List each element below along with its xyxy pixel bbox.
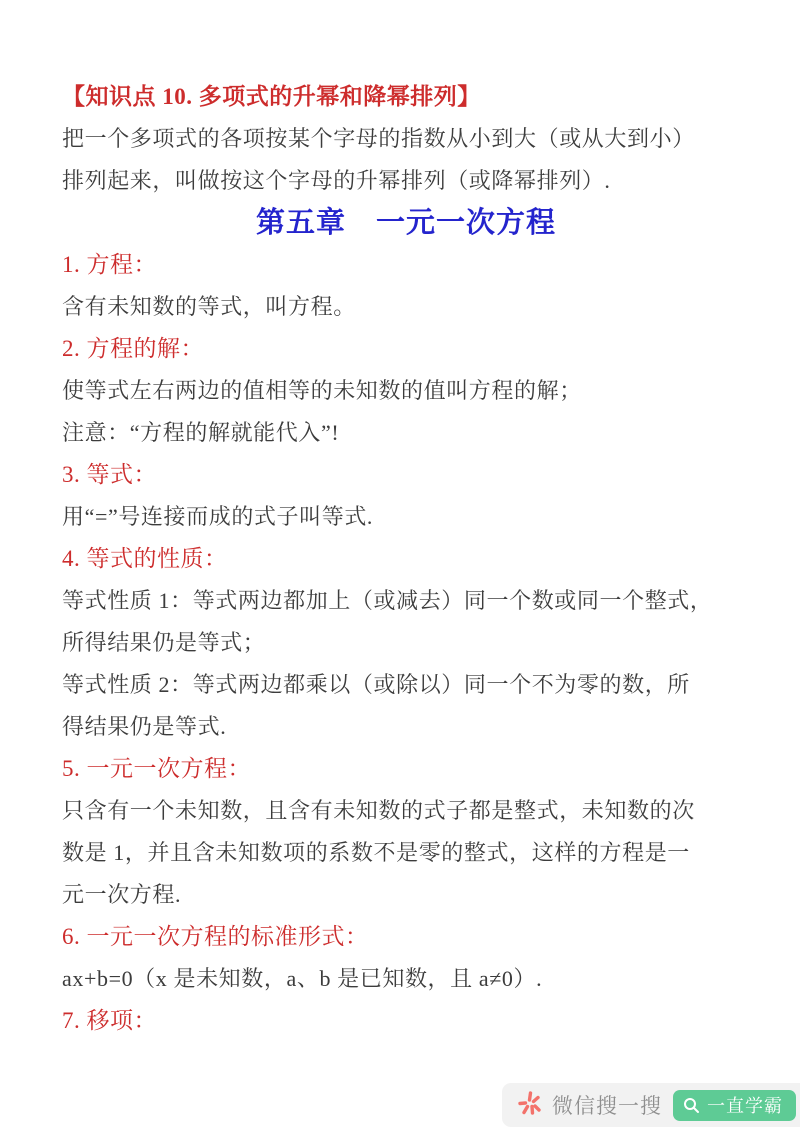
document-page: 【知识点 10. 多项式的升幂和降幂排列】把一个多项式的各项按某个字母的指数从小… xyxy=(0,0,800,1132)
section-4-body-line: 所得结果仍是等式； xyxy=(62,622,750,664)
section-4-body-line: 得结果仍是等式. xyxy=(62,706,750,748)
wechat-search-sparkle-icon xyxy=(517,1090,543,1121)
section-4-heading: 4. 等式的性质： xyxy=(62,538,750,580)
knowledge-point-body-line: 排列起来，叫做按这个字母的升幂排列（或降幂排列）. xyxy=(62,160,750,202)
knowledge-point-heading: 【知识点 10. 多项式的升幂和降幂排列】 xyxy=(62,76,750,118)
section-6-heading: 6. 一元一次方程的标准形式： xyxy=(62,916,750,958)
document-content: 【知识点 10. 多项式的升幂和降幂排列】把一个多项式的各项按某个字母的指数从小… xyxy=(62,76,750,1042)
section-7-heading: 7. 移项： xyxy=(62,1000,750,1042)
search-magnifier-icon xyxy=(683,1097,700,1114)
section-4-body-line: 等式性质 2：等式两边都乘以（或除以）同一个不为零的数，所 xyxy=(62,664,750,706)
section-5-body-line: 元一次方程. xyxy=(62,874,750,916)
wechat-search-watermark: 微信搜一搜 一直学霸 xyxy=(502,1083,800,1127)
section-1-heading: 1. 方程： xyxy=(62,244,750,286)
knowledge-point-body-line: 把一个多项式的各项按某个字母的指数从小到大（或从大到小） xyxy=(62,118,750,160)
section-4-body-line: 等式性质 1：等式两边都加上（或减去）同一个数或同一个整式， xyxy=(62,580,750,622)
watermark-brand-text: 微信搜一搜 xyxy=(552,1090,662,1120)
section-3-heading: 3. 等式： xyxy=(62,454,750,496)
section-2-heading: 2. 方程的解： xyxy=(62,328,750,370)
section-5-body-line: 数是 1，并且含未知数项的系数不是零的整式，这样的方程是一 xyxy=(62,832,750,874)
chapter-title: 第五章 一元一次方程 xyxy=(62,202,750,244)
section-3-body-line: 用“=”号连接而成的式子叫等式. xyxy=(62,496,750,538)
watermark-badge-text: 一直学霸 xyxy=(707,1092,783,1118)
section-2-body-line: 注意：“方程的解就能代入”! xyxy=(62,412,750,454)
section-5-heading: 5. 一元一次方程： xyxy=(62,748,750,790)
section-2-body-line: 使等式左右两边的值相等的未知数的值叫方程的解； xyxy=(62,370,750,412)
section-6-body-line: ax+b=0（x 是未知数，a、b 是已知数，且 a≠0）. xyxy=(62,958,750,1000)
section-5-body-line: 只含有一个未知数，且含有未知数的式子都是整式，未知数的次 xyxy=(62,790,750,832)
section-1-body-line: 含有未知数的等式，叫方程。 xyxy=(62,286,750,328)
watermark-account-badge: 一直学霸 xyxy=(673,1090,796,1121)
